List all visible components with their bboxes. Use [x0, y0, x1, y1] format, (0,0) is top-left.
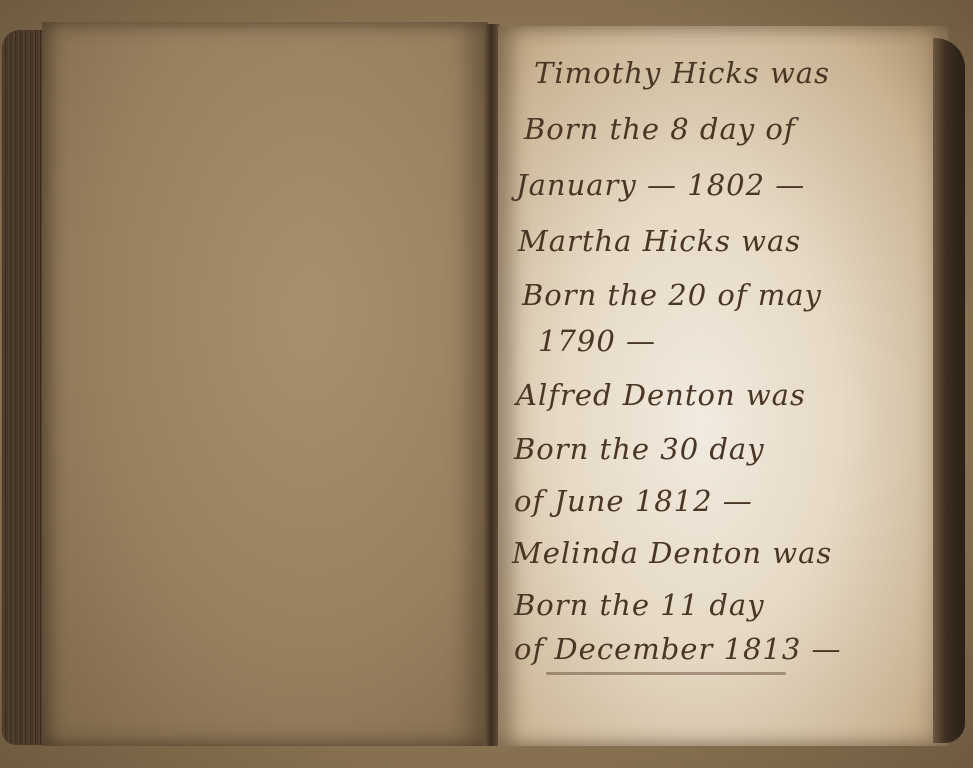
- record-line: Melinda Denton was: [512, 536, 832, 570]
- record-line: Martha Hicks was: [518, 224, 801, 258]
- record-line: of December 1813 —: [514, 632, 842, 666]
- record-line: January — 1802 —: [516, 168, 805, 202]
- record-line: Born the 11 day: [514, 588, 765, 622]
- record-line: Timothy Hicks was: [534, 56, 830, 90]
- right-page: Timothy Hicks was Born the 8 day of Janu…: [496, 26, 948, 746]
- right-page-edges: [933, 38, 965, 743]
- left-page: [42, 22, 488, 746]
- ink-underline: [546, 672, 786, 675]
- record-line: Born the 8 day of: [524, 112, 796, 146]
- open-book: Timothy Hicks was Born the 8 day of Janu…: [0, 18, 973, 753]
- record-line: Alfred Denton was: [516, 378, 806, 412]
- record-line: of June 1812 —: [514, 484, 753, 518]
- record-line: Born the 20 of may: [522, 278, 822, 312]
- record-line: Born the 30 day: [514, 432, 765, 466]
- record-line: 1790 —: [538, 324, 656, 358]
- left-page-edges: [2, 30, 46, 745]
